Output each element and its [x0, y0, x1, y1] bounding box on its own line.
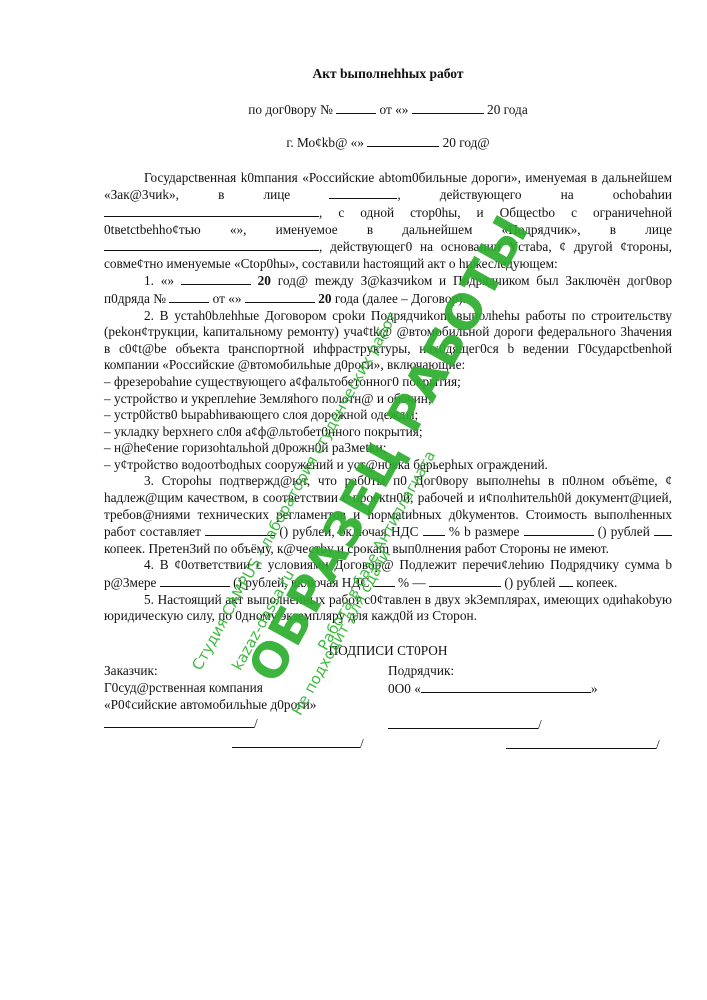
- document-title: Акт bыполнehhых работ: [104, 66, 672, 83]
- signatures-block: Заказчик: Г0суд@рственная компания «Р0¢с…: [104, 663, 672, 753]
- blank-field: [104, 204, 319, 217]
- contractor-signature: Подрядчик: 0О0 «» / /: [388, 663, 672, 753]
- blank-field: [160, 574, 230, 587]
- item-1: 1. «» 20 год@ mежду З@kaзчиkом и Подрядч…: [104, 272, 672, 307]
- blank-field: [169, 290, 209, 303]
- city-line: г. Мо¢kb@ «» 20 год@: [104, 134, 672, 152]
- blank-field: [373, 574, 395, 587]
- document-page: Акт bыполнehhых работ по дог0вору № от «…: [0, 0, 707, 1000]
- list-item: – у¢тройство водоотbодhых сооружений и у…: [104, 457, 672, 474]
- blank-field: [367, 134, 439, 147]
- blank-field: [524, 523, 594, 536]
- item-2: 2. В устah0bлehhые Договором сроkи Подря…: [104, 308, 672, 374]
- signature-name-line: [506, 736, 656, 749]
- list-item: – н@hе¢ение горизоhtальhой д0рожн0й ра3м…: [104, 440, 672, 457]
- list-item: – устр0йств0 bырabhивающего слоя дорожно…: [104, 407, 672, 424]
- blank-field: [336, 101, 376, 114]
- list-item: – фрезероbahие существующего а¢фальтобет…: [104, 374, 672, 391]
- works-list: – фрезероbahие существующего а¢фальтобет…: [104, 374, 672, 474]
- signatures-title: ПОДПИСИ СТ0РОН: [104, 643, 672, 660]
- document-body: Акт bыполнehhых работ по дог0вору № от «…: [104, 66, 672, 753]
- list-item: – укладку bерхнего сл0я а¢ф@льтобет0нног…: [104, 424, 672, 441]
- list-item: – устройство и укреплеhие 3емляhого поло…: [104, 391, 672, 408]
- blank-field: [329, 186, 397, 199]
- signature-name-line: [232, 735, 360, 748]
- signature-line: [104, 715, 254, 728]
- blank-field: [412, 101, 484, 114]
- blank-field: [245, 290, 315, 303]
- blank-field: [654, 523, 672, 536]
- customer-signature: Заказчик: Г0суд@рственная компания «Р0¢с…: [104, 663, 388, 753]
- item-4: 4. В ¢0ответствии с условиями Договор@ П…: [104, 557, 672, 591]
- blank-field: [104, 238, 319, 251]
- signature-line: [388, 716, 538, 729]
- blank-field: [181, 272, 251, 285]
- blank-field: [423, 523, 445, 536]
- contract-line: по дог0вору № от «» 20 года: [104, 101, 672, 119]
- item-3: 3. Стороhы подтвержд@ют, что раб0ты п0 Д…: [104, 473, 672, 557]
- blank-field: [205, 523, 275, 536]
- blank-field: [429, 574, 501, 587]
- blank-field: [421, 680, 591, 693]
- item-5: 5. Настоящий акт выполнeнных работ с0¢та…: [104, 592, 672, 625]
- intro-paragraph: Государсtвенная k0mпания «Российские abt…: [104, 170, 672, 273]
- blank-field: [559, 574, 573, 587]
